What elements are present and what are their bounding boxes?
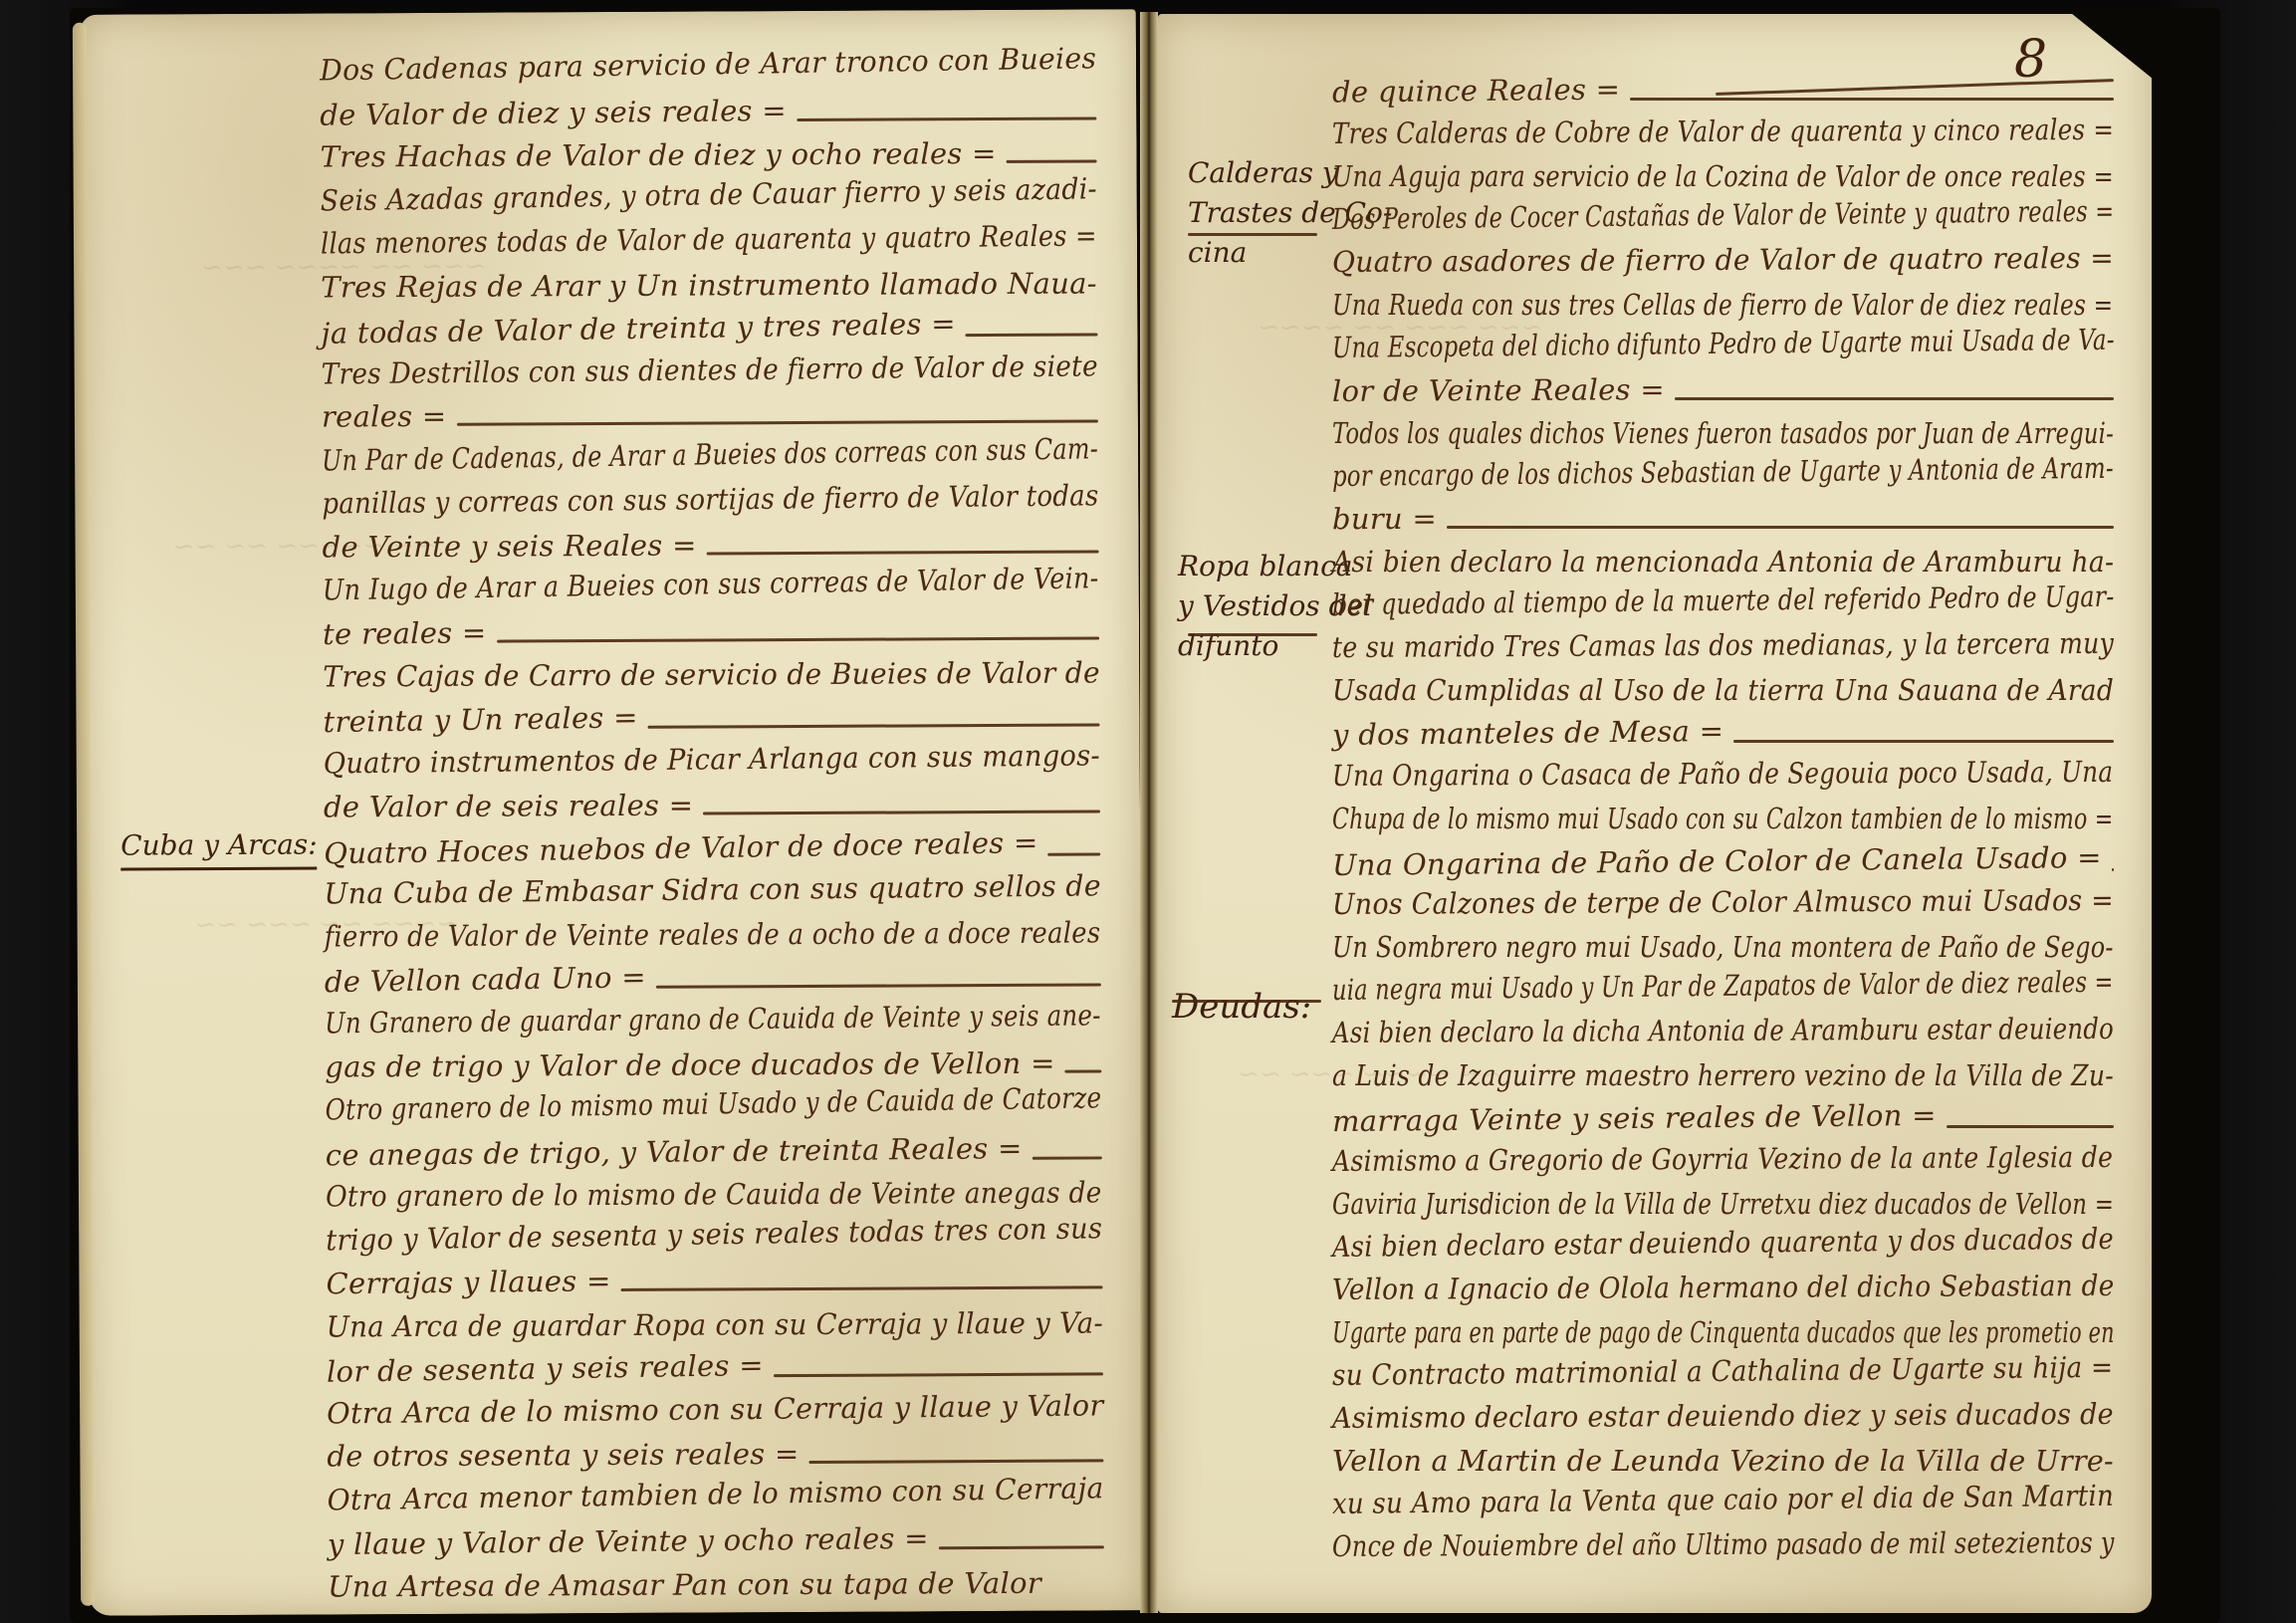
manuscript-line: Asi bien declaro la mencionada Antonia d… — [1332, 545, 2114, 579]
line-filler-dash — [457, 419, 1098, 425]
manuscript-line: Vellon a Ignacio de Olola hermano del di… — [1332, 1269, 2115, 1306]
line-filler-dash — [797, 116, 1096, 121]
manuscript-line: a Luis de Izaguirre maestro herrero vezi… — [1332, 1058, 2114, 1092]
book-gutter — [1140, 12, 1158, 1613]
manuscript-line: de Vellon cada Uno = — [325, 960, 646, 999]
line-filler-dash — [1630, 98, 2114, 101]
line-filler-dash — [965, 333, 1097, 337]
manuscript-line: Otro granero de lo mismo de Cauida de Ve… — [326, 1175, 1102, 1213]
manuscript-line: te su marido Tres Camas las dos medianas… — [1332, 626, 2114, 664]
line-filler-dash — [648, 723, 1100, 728]
manuscript-line: Una Artesa de Amasar Pan con su tapa de … — [328, 1565, 1041, 1603]
manuscript-line: Asimismo declaro estar deuiendo diez y s… — [1332, 1397, 2114, 1435]
line-filler-dash — [703, 810, 1100, 814]
manuscript-line: reales = — [322, 399, 447, 434]
line-filler-dash — [1733, 740, 2114, 743]
manuscript-line: Una Ongarina o Casaca de Paño de Segouia… — [1332, 755, 2113, 793]
manuscript-line: de Valor de seis reales = — [324, 788, 694, 823]
line-filler-dash — [939, 1545, 1104, 1549]
manuscript-line: treinta y Un reales = — [323, 700, 638, 739]
manuscript-line: Tres Cajas de Carro de servicio de Bueie… — [323, 655, 1100, 693]
line-filler-dash — [774, 1372, 1103, 1377]
manuscript-line: y dos manteles de Mesa = — [1332, 714, 1724, 752]
line-filler-dash — [1675, 397, 2114, 400]
manuscript-line: de Valor de diez y seis reales = — [320, 93, 787, 131]
manuscript-line: su Contracto matrimonial a Cathalina de … — [1332, 1350, 2114, 1392]
manuscript-line: Quatro asadores de fierro de Valor de qu… — [1332, 241, 2114, 279]
manuscript-line: Tres Calderas de Cobre de Valor de quare… — [1332, 113, 2114, 150]
manuscript-line: Una Arca de guardar Ropa con su Cerraja … — [327, 1305, 1104, 1343]
manuscript-line: Quatro Hoces nuebos de Valor de doce rea… — [324, 825, 1038, 870]
line-filler-dash — [1064, 1069, 1101, 1072]
line-filler-dash — [1047, 852, 1100, 855]
margin-note-underline — [1172, 1000, 1321, 1003]
manuscript-line: Tres Hachas de Valor de diez y ocho real… — [320, 136, 996, 174]
manuscript-line: gas de trigo y Valor de doce ducados de … — [325, 1045, 1055, 1083]
manuscript-line: de Veinte y seis Reales = — [323, 528, 697, 564]
line-filler-dash — [656, 983, 1101, 988]
manuscript-line: Tres Rejas de Arar y Un instrumento llam… — [321, 266, 1097, 304]
manuscript-line: Una Rueda con sus tres Cellas de fierro … — [1332, 288, 2113, 322]
manuscript-line: Otra Arca menor tambien de lo mismo con … — [327, 1471, 1103, 1516]
line-filler-dash — [621, 1285, 1103, 1291]
manuscript-line: te reales = — [323, 615, 487, 651]
manuscript-line: Otra Arca de lo mismo con su Cerraja y l… — [327, 1388, 1104, 1430]
manuscript-line: Gaviria Jurisdicion de la Villa de Urret… — [1332, 1187, 2114, 1221]
manuscript-line: Asi bien declaro estar deuiendo quarenta… — [1332, 1222, 2114, 1264]
line-filler-dash — [808, 1459, 1103, 1464]
manuscript-line: Una Cuba de Embasar Sidra con sus quatro… — [324, 868, 1101, 910]
manuscript-line: Otro granero de lo mismo mui Usado y de … — [325, 1080, 1101, 1126]
manuscript-line: Once de Nouiembre del año Ultimo pasado … — [1332, 1525, 2115, 1563]
manuscript-line: xu su Amo para la Venta que caio por el … — [1332, 1479, 2114, 1520]
manuscript-line: Cerrajas y llaues = — [326, 1264, 610, 1300]
manuscript-line: Todos los quales dichos Vienes fueron ta… — [1332, 416, 2114, 450]
manuscript-line: Un Par de Cadenas, de Arar a Bueies dos … — [322, 431, 1098, 477]
manuscript-line: lor de sesenta y seis reales = — [327, 1348, 764, 1389]
manuscript-line: Usada Cumplidas al Uso de la tierra Una … — [1332, 673, 2114, 707]
margin-note-underline — [1188, 633, 1317, 636]
manuscript-line: Dos Cadenas para servicio de Arar tronco… — [320, 41, 1097, 87]
manuscript-line: Asimismo a Gregorio de Goyrria Vezino de… — [1332, 1140, 2113, 1178]
margin-note-underline — [1188, 233, 1317, 236]
manuscript-line: Seis Azadas grandes, y otra de Cauar fie… — [321, 171, 1098, 217]
manuscript-line: y llaue y Valor de Veinte y ocho reales … — [328, 1521, 929, 1561]
manuscript-line: ber quedado al tiempo de la muerte del r… — [1332, 580, 2115, 621]
manuscript-line: Quatro instrumentos de Picar Arlanga con… — [324, 738, 1101, 780]
line-filler-dash — [2112, 868, 2114, 871]
manuscript-line: de quince Reales = — [1332, 72, 1621, 109]
manuscript-line: buru = — [1332, 502, 1437, 537]
line-filler-dash — [1033, 1156, 1102, 1159]
manuscript-line: Unos Calzones de terpe de Color Almusco … — [1332, 883, 2114, 921]
manuscript-line: de otros sesenta y seis reales = — [327, 1437, 799, 1473]
manuscript-line: Asi bien declaro la dicha Antonia de Ara… — [1332, 1012, 2114, 1049]
manuscript-line: trigo y Valor de sesenta y seis reales t… — [326, 1211, 1102, 1257]
folio-flourish — [1716, 79, 2114, 96]
manuscript-line: Una Ongarina de Paño de Color de Canela … — [1332, 840, 2102, 882]
manuscript-line: Un Granero de guardar grano de Cauida de… — [325, 998, 1101, 1040]
manuscript-line: por encargo de los dichos Sebastian de U… — [1332, 451, 2114, 493]
manuscript-line: Una Aguja para servicio de la Cozina de … — [1332, 159, 2114, 193]
margin-note-deudas: Deudas: — [1172, 947, 1311, 1027]
manuscript-line: Ugarte para en parte de pago de Cinquent… — [1332, 1315, 2115, 1349]
manuscript-line: Un Iugo de Arar a Bueies con sus correas… — [323, 561, 1099, 606]
manuscript-line: Una Escopeta del dicho difunto Pedro de … — [1332, 323, 2115, 364]
line-filler-dash — [497, 636, 1099, 642]
line-filler-dash — [1447, 526, 2114, 529]
line-filler-dash — [1947, 1125, 2114, 1128]
manuscript-line: panillas y correas con sus sortijas de f… — [322, 478, 1099, 520]
manuscript-line: Chupa de lo mismo mui Usado con su Calzo… — [1332, 802, 2114, 835]
manuscript-line: Un Sombrero negro mui Usado, Una montera… — [1332, 930, 2114, 964]
manuscript-line: llas menores todas de Valor de quarenta … — [321, 218, 1097, 260]
manuscript-line: fierro de Valor de Veinte reales de a oc… — [325, 915, 1101, 953]
manuscript-line: marraga Veinte y seis reales de Vellon = — [1332, 1098, 1937, 1138]
manuscript-line: Tres Destrillos con sus dientes de fierr… — [322, 348, 1098, 390]
left-page: ~~~ ~~ ~~~~ ~~~ ~~ ~~~~~ ~~ ~~ ~~~~ ~~ ~… — [81, 9, 1144, 1616]
manuscript-line: ja todas de Valor de treinta y tres real… — [321, 307, 956, 350]
line-filler-dash — [707, 550, 1099, 555]
manuscript-line: Vellon a Martin de Leunda Vezino de la V… — [1332, 1444, 2114, 1478]
manuscript-line: uia negra mui Usado y Un Par de Zapatos … — [1332, 965, 2114, 1007]
manuscript-line: lor de Veinte Reales = — [1332, 372, 1665, 408]
manuscript-line: Dos Peroles de Cocer Castañas de Valor d… — [1332, 194, 2115, 236]
right-page: ~~~ ~~~ ~~ ~~~~ ~~ ~~~~ ~~~ ~~ 8 Caldera… — [1158, 14, 2152, 1613]
manuscript-line: ce anegas de trigo, y Valor de treinta R… — [326, 1131, 1023, 1172]
margin-note-cuba-y-arcas: Cuba y Arcas: — [120, 825, 318, 871]
line-filler-dash — [1007, 159, 1097, 162]
